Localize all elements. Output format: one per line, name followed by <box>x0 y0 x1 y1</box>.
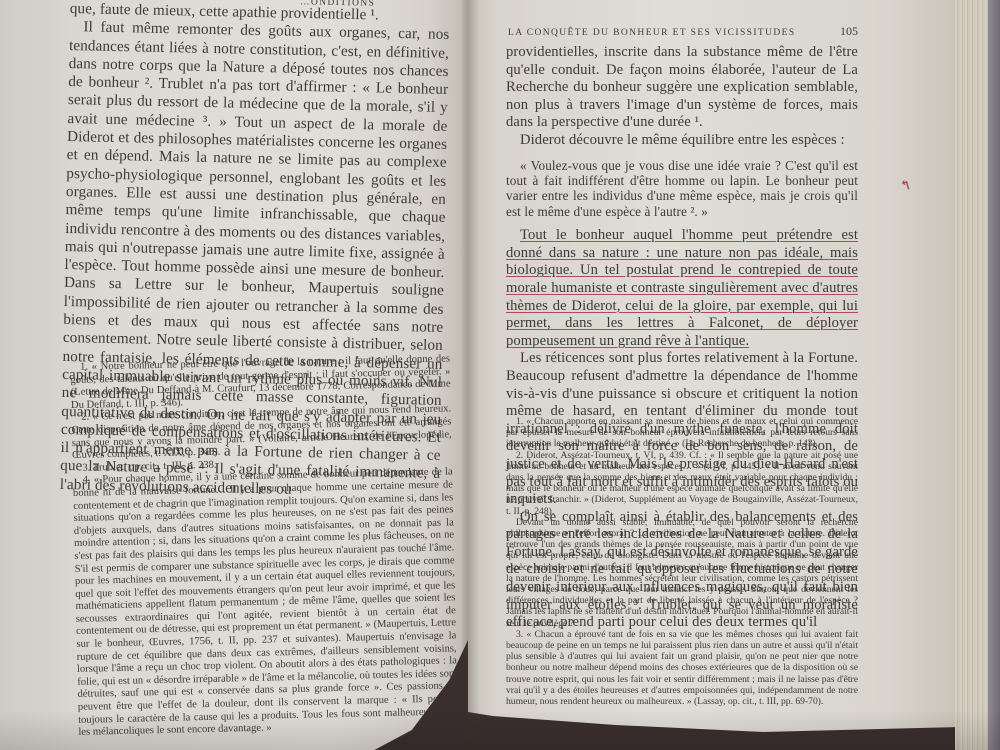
book-gutter <box>460 0 480 750</box>
diderot-quote: « Voulez-vous que je vous dise une idée … <box>506 158 858 220</box>
right-footnote-2-continued: Devant un donné aussi stable, immuable, … <box>506 517 858 629</box>
right-footnote-1: 1. « Chacun apporte en naissant sa mesur… <box>506 416 858 450</box>
right-paragraph-2: Diderot découvre le même équilibre entre… <box>506 132 858 150</box>
running-head: LA CONQUÊTE DU BONHEUR ET SES VICISSITUD… <box>508 28 796 38</box>
right-footnotes: 1. « Chacun apporte en naissant sa mesur… <box>506 416 858 707</box>
left-footnote-4: 4. « Pour chaque homme, il y a une certa… <box>73 467 459 740</box>
right-footnote-2: 2. Diderot, Assézat-Tourneux, t. VI, p. … <box>506 450 858 517</box>
page-edges <box>955 0 1000 750</box>
left-footnote-2: 2. « Ce n'est pas notre condition, c'est… <box>71 404 452 463</box>
left-footnote-1: 1. « Notre bonheur ne peut être que l'ou… <box>70 353 451 412</box>
right-page-header: LA CONQUÊTE DU BONHEUR ET SES VICISSITUD… <box>508 24 858 39</box>
page-number: 105 <box>840 24 858 39</box>
left-footnotes: 1. « Notre bonheur ne peut être que l'ou… <box>70 353 458 739</box>
left-page: …ONDITIONS que, faute de mieux, cette ap… <box>0 0 468 750</box>
margin-annotation-mark-icon: ↰ <box>898 177 914 196</box>
open-book: …ONDITIONS que, faute de mieux, cette ap… <box>0 0 1000 750</box>
right-footnote-3: 3. « Chacun a éprouvé tant de fois en sa… <box>506 629 858 707</box>
underlined-passage: Tout le bonheur auquel l'homme peut prét… <box>506 227 858 350</box>
right-page: LA CONQUÊTE DU BONHEUR ET SES VICISSITUD… <box>468 0 960 750</box>
right-paragraph-1: providentielles, inscrite dans la substa… <box>506 44 858 132</box>
